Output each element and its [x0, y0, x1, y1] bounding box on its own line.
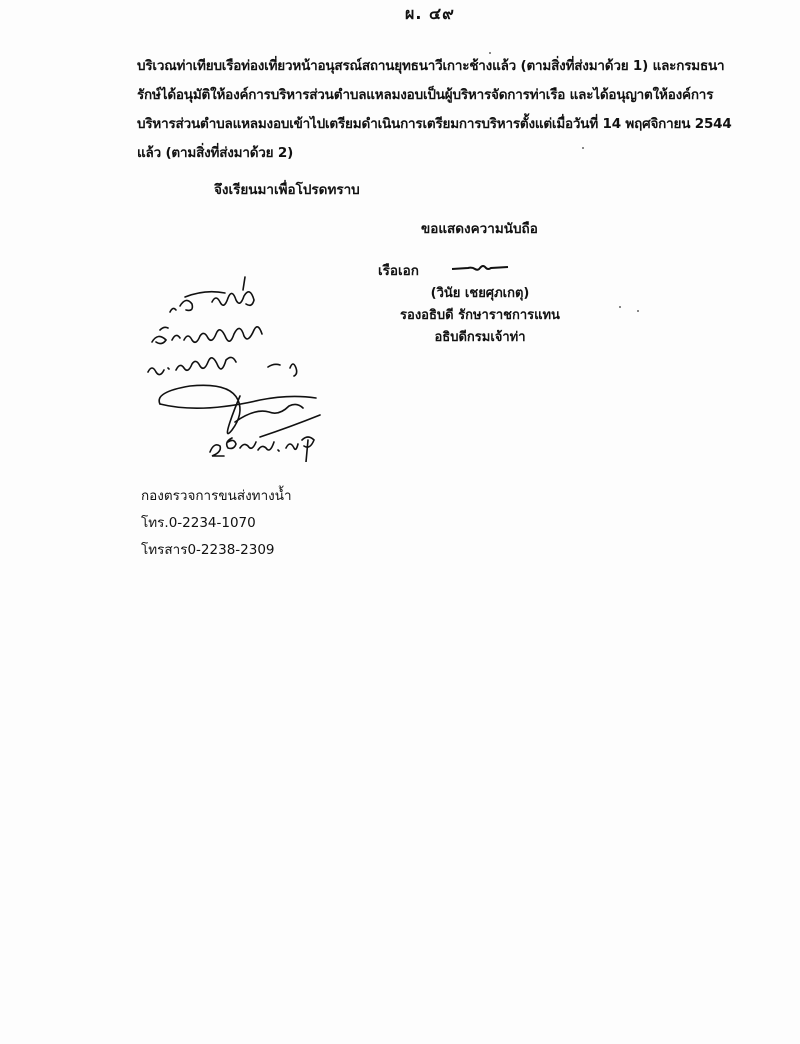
regards-phrase: ขอแสดงความนับถือ [421, 217, 538, 239]
scan-speck [582, 147, 584, 149]
body-line: แล้ว (ตามสิ่งที่ส่งมาด้วย 2) [137, 139, 777, 168]
handwritten-annotation-icon [140, 272, 360, 462]
body-paragraph: บริเวณท่าเทียบเรือท่องเที่ยวหน้าอนุสรณ์ส… [137, 52, 777, 168]
body-line: รักษ์ได้อนุมัติให้องค์การบริหารส่วนตำบลแ… [137, 81, 777, 110]
signature-mark-icon [450, 262, 510, 274]
department-name: กองตรวจการขนส่งทางน้ำ [141, 483, 292, 510]
signer-position-2: อธิบดีกรมเจ้าท่า [380, 327, 580, 349]
page-number: ผ. ๔๙ [405, 2, 455, 27]
body-line: บริเวณท่าเทียบเรือท่องเที่ยวหน้าอนุสรณ์ส… [137, 52, 777, 81]
closing-phrase: จึงเรียนมาเพื่อโปรดทราบ [214, 178, 360, 200]
scan-speck [489, 52, 491, 54]
fax-number: โทรสาร0-2238-2309 [141, 537, 292, 564]
signer-block: (วินัย เชยศุภเกตุ) รองอธิบดี รักษาราชการ… [380, 283, 580, 349]
body-line: บริหารส่วนตำบลแหลมงอบเข้าไปเตรียมดำเนินก… [137, 110, 777, 139]
signer-position: รองอธิบดี รักษาราชการแทน [380, 305, 580, 327]
footer-contact: กองตรวจการขนส่งทางน้ำ โทร.0-2234-1070 โท… [141, 483, 292, 564]
scan-speck [637, 310, 639, 312]
signer-name: (วินัย เชยศุภเกตุ) [380, 283, 580, 305]
signer-rank: เรือเอก [378, 259, 419, 281]
phone-number: โทร.0-2234-1070 [141, 510, 292, 537]
scan-speck [619, 306, 621, 308]
